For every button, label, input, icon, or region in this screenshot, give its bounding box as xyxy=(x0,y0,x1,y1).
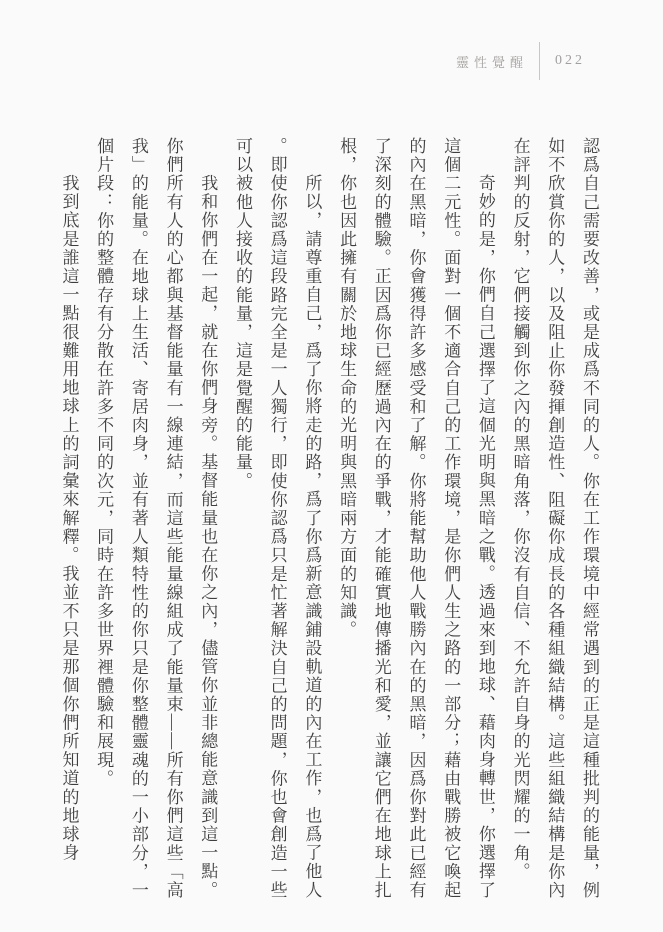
paragraph: 我和你們在一起，就在你們身旁。基督能量也在你之內，儘管你並非總能意識到這一點。你… xyxy=(85,137,224,901)
text-block: 認爲自己需要改善，或是成爲不同的人。你在工作環境中經常遇到的正是這種批判的能量，… xyxy=(51,137,606,901)
paragraph: 認爲自己需要改善，或是成爲不同的人。你在工作環境中經常遇到的正是這種批判的能量，… xyxy=(502,137,606,901)
paragraph: 我到底是誰這一點很難用地球上的詞彙來解釋。我並不只是那個你們所知道的地球身 xyxy=(51,137,86,901)
book-title: 靈性覺醒 xyxy=(456,52,528,71)
header-divider-line xyxy=(539,42,540,80)
book-page: 靈性覺醒 022 認爲自己需要改善，或是成爲不同的人。你在工作環境中經常遇到的正… xyxy=(0,0,663,932)
running-head: 靈性覺醒 022 xyxy=(456,42,585,80)
paragraph: 所以，請尊重自己，爲了你將走的路，爲了你爲新意識鋪設軌道的內在工作，也爲了他人。… xyxy=(224,137,328,901)
page-number: 022 xyxy=(555,53,585,69)
paragraph: 奇妙的是，你們自己選擇了這個光明與黑暗之戰。透過來到地球、藉肉身轉世，你選擇了這… xyxy=(328,137,502,901)
